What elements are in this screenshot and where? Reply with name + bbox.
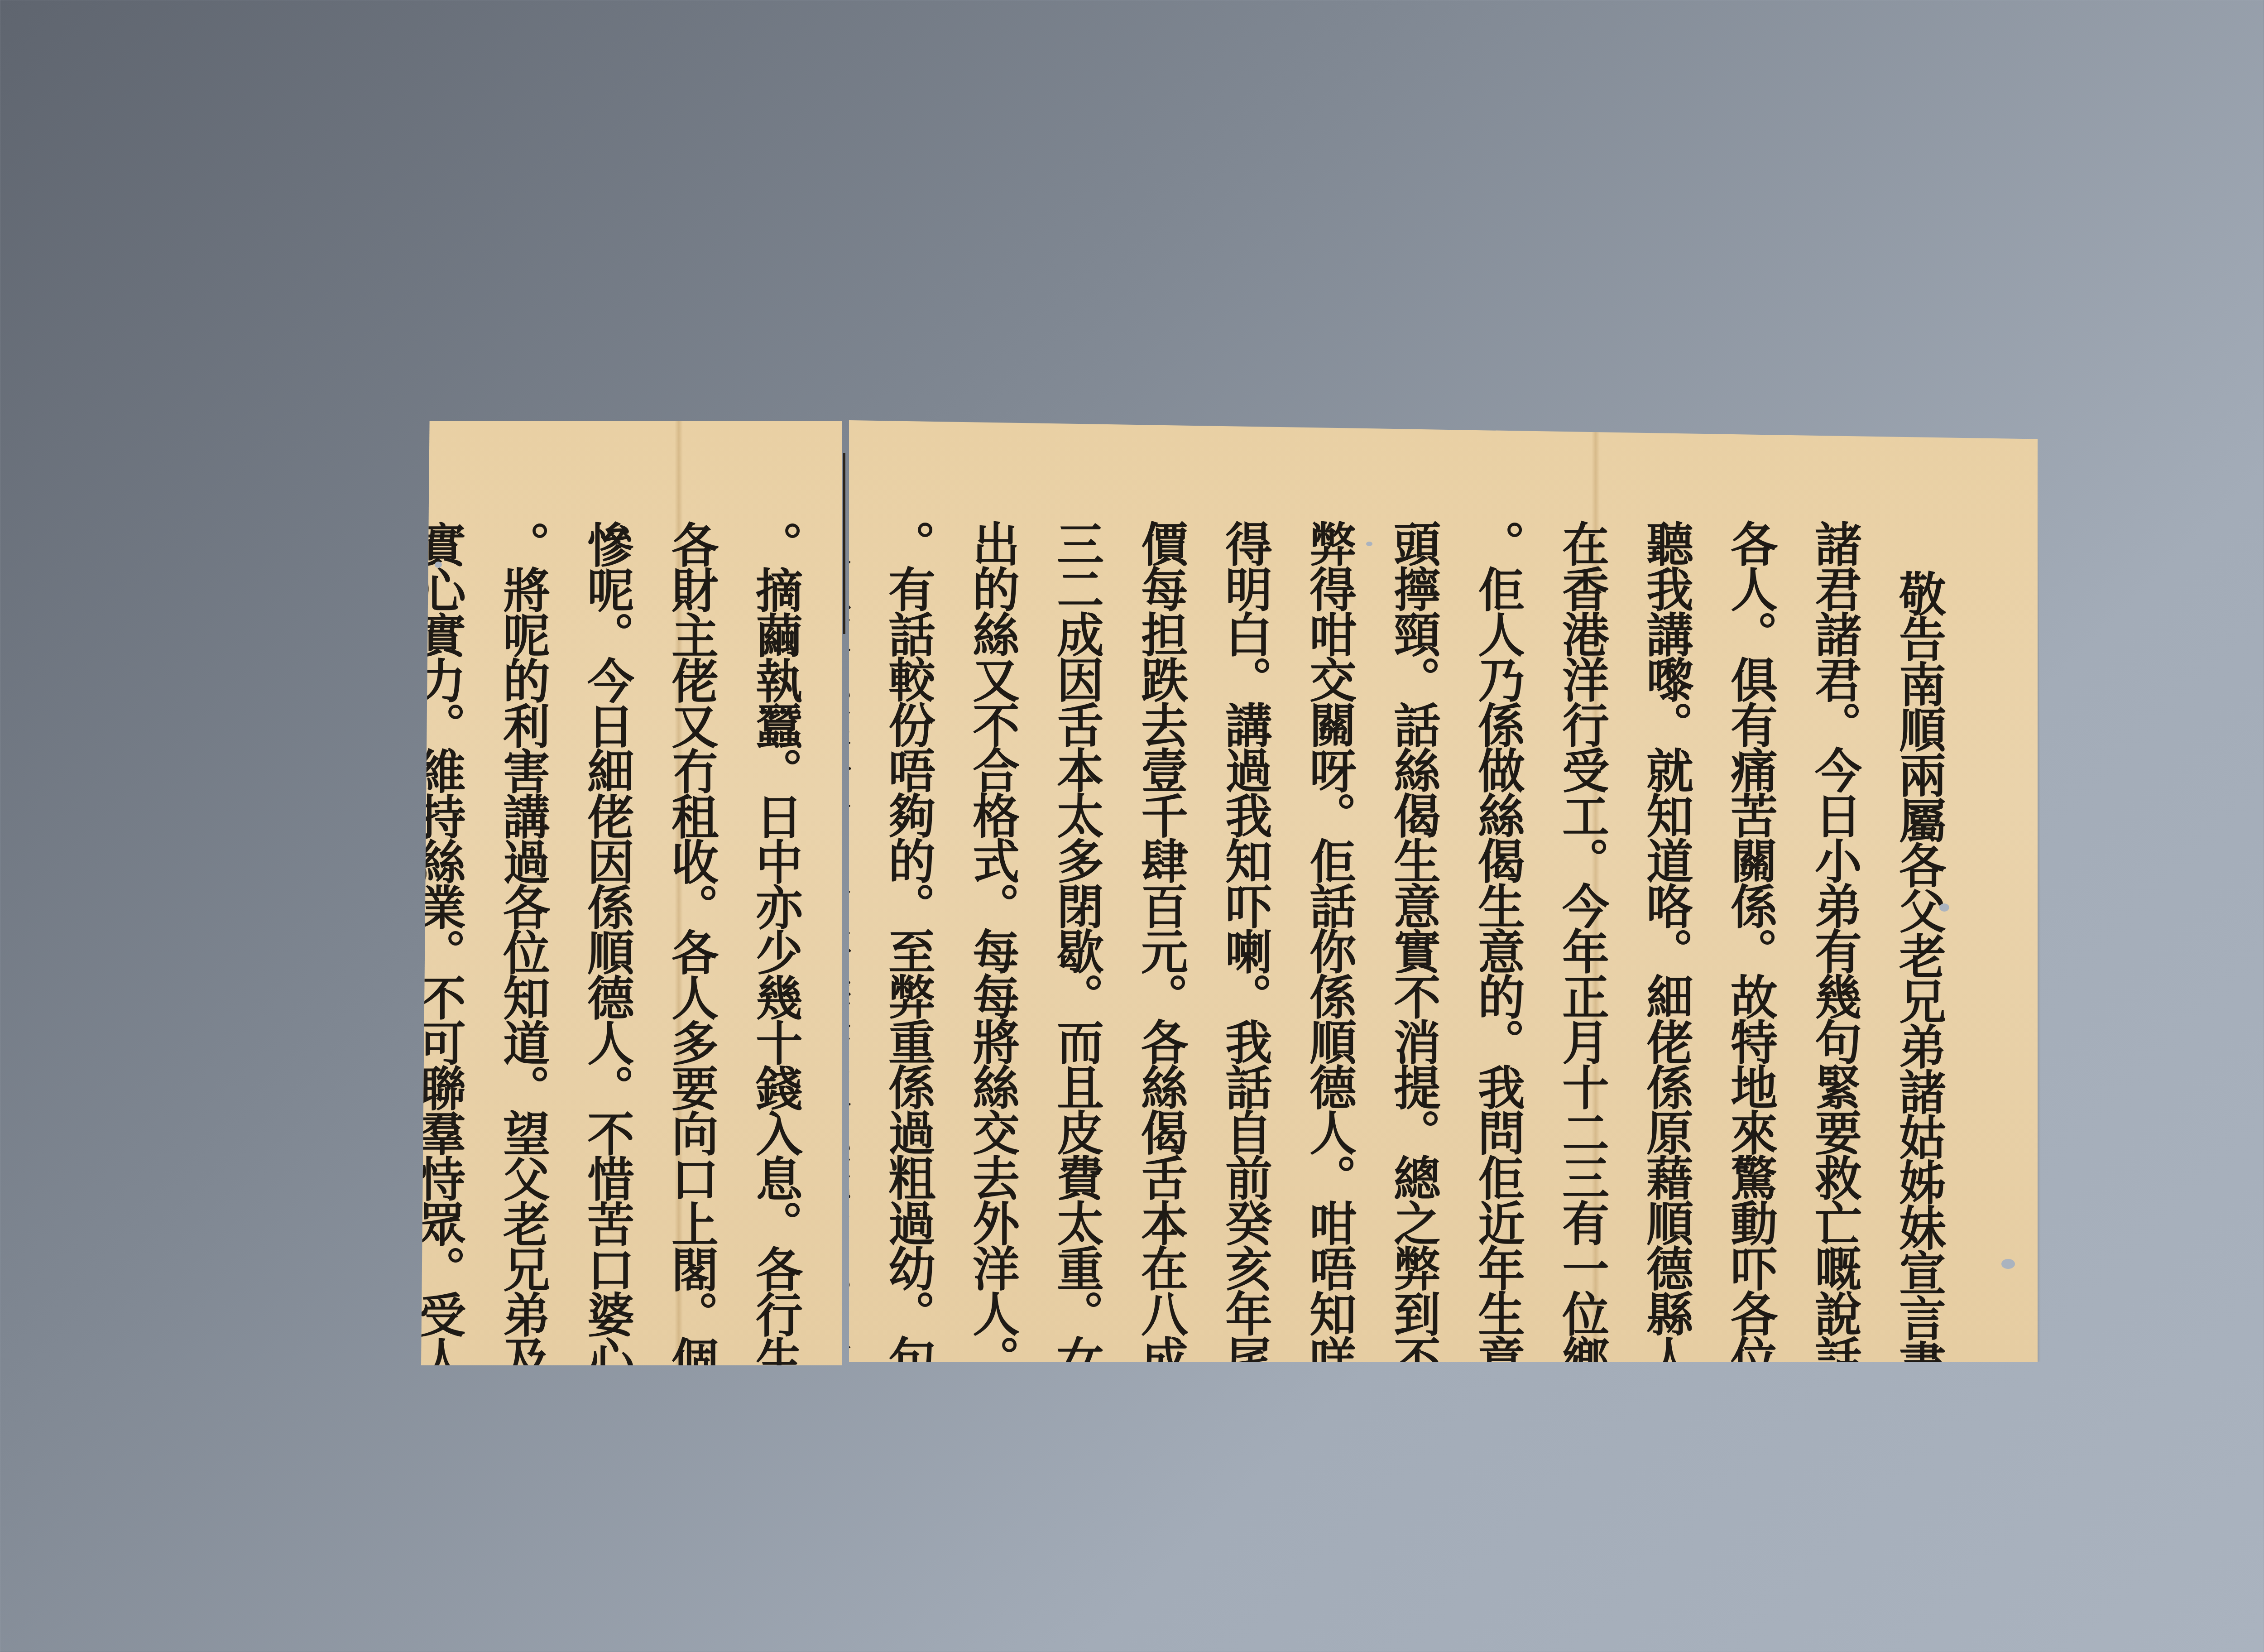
text-column: 三二成因舌本太多閉歇。而且皮費太重。女工人工又貴。做 [1034, 520, 1118, 1335]
text-column: 搭多兩搭少兩的。加之扣罰。係開工時當眾言明。各女工亦 [192, 520, 276, 1335]
paper-hole [2001, 1259, 2015, 1269]
text-column: 。佢人乃係做絲偈生意的。我問佢近年生意甚好呀。見佢擰 [1455, 520, 1540, 1335]
text-column: 得明白。講過我知吓喇。我話自前癸亥年尾至甲子年頭。絲 [1203, 520, 1287, 1335]
text-column: 各人。俱有痛苦關係。故特地來驚動吓各位。乜嘢事幹呢。 [1708, 520, 1792, 1335]
document-panel-left: 。摘繭執蠶。日中亦少幾十錢入息。各行生意亦因之冷淡。各財主佬又冇租收。各人多要向… [421, 421, 842, 1365]
text-column: 實心實力。維持絲業。不可聯羣恃眾。受人唆攞。受人愚弄 [396, 521, 480, 1338]
text-column: 價每担跌去壹千肆百元。各絲偈舌本在八成以上。其中有 [1118, 520, 1203, 1335]
left-text-columns: 。摘繭執蠶。日中亦少幾十錢入息。各行生意亦因之冷淡。各財主佬又冇租收。各人多要向… [0, 521, 817, 1338]
text-column: 行咯。我地做得住。照做落去。若唔做得住。又轉行係呢嗎 [0, 520, 24, 1335]
text-column: 慘呢。今日細佬因係順德人。不惜苦口婆心。編成白話宣言 [565, 521, 649, 1338]
text-column: 。我地呢番好說話。係代各人本身利害着想。唔係替絲偈講 [228, 521, 312, 1338]
text-column: 頭擰頸。話絲偈生意實不消提。總之弊到不了。我問佢為何 [1371, 520, 1455, 1335]
paper-hole [435, 562, 442, 568]
text-column: 聽我講嚟。就知道咯。細佬係原藉順德縣人。寄居南海。向 [1624, 520, 1708, 1335]
text-column: 情。咪會錯意正好。諸君諸君。須要平心靜氣。慢慢將細佬 [144, 521, 228, 1338]
text-column: 。將呢的利害講過各位知道。望父老兄弟及諸姑姊妹。雖要 [480, 521, 565, 1338]
text-column: 。免至全羣受累。攪到喊苦喊屈。烏天黑地。就恨錯難番咯 [312, 521, 396, 1338]
panel-seam [843, 453, 845, 634]
text-column: 係本行向來設有賞罰。起絲高的。加多工價。起絲低的。及 [276, 520, 360, 1335]
text-column: 話改良。實係難咯。將來我地廣東絲業不到一兩年。慌會滅 [24, 520, 108, 1335]
right-text-columns: 敬告南順兩屬各父老兄弟諸姑姊妹宣言書 諸君諸君。今日小弟有幾句緊要救亡嘅說話。凡… [0, 520, 1961, 1335]
paper-hole [1939, 903, 1949, 912]
text-column: 諸君諸君。今日小弟有幾句緊要救亡嘅說話。凡我南順男女 [1792, 520, 1876, 1335]
document-panel-right: 敬告南順兩屬各父老兄弟諸姑姊妹宣言書 諸君諸君。今日小弟有幾句緊要救亡嘅說話。凡… [849, 420, 2038, 1362]
text-column: 呢的說話細細參詳吓喇。 [59, 521, 144, 1338]
text-column: 出的絲又不合格式。每每將絲交去外洋人。有話絲色不好的 [950, 520, 1034, 1335]
document-title: 敬告南順兩屬各父老兄弟諸姑姊妹宣言書 [1876, 520, 1961, 1335]
text-column: 。有話較份唔夠的。至弊重係過粗過幼。句也唔勻。是以洋 [866, 520, 950, 1335]
signature: 順德人陳大年披露 [0, 521, 59, 1338]
text-column: 各財主佬又冇租收。各人多要向口上閣。個陣時你話慘唔 [649, 521, 733, 1338]
paper-hole [1366, 542, 1372, 546]
text-column: 弊得咁交關呀。佢話你係順德人。咁唔知咩。我話實在唔知 [1287, 520, 1371, 1335]
text-column: 時常聽慣的。惟是近來人心唔好。每每藉端聯羣攪蝍。你想 [108, 520, 192, 1335]
text-column: 。摘繭執蠶。日中亦少幾十錢入息。各行生意亦因之冷淡。 [733, 521, 817, 1338]
text-column: 在香港洋行受工。今年正月十二三有一位鄉理落港來探我 [1540, 520, 1624, 1335]
